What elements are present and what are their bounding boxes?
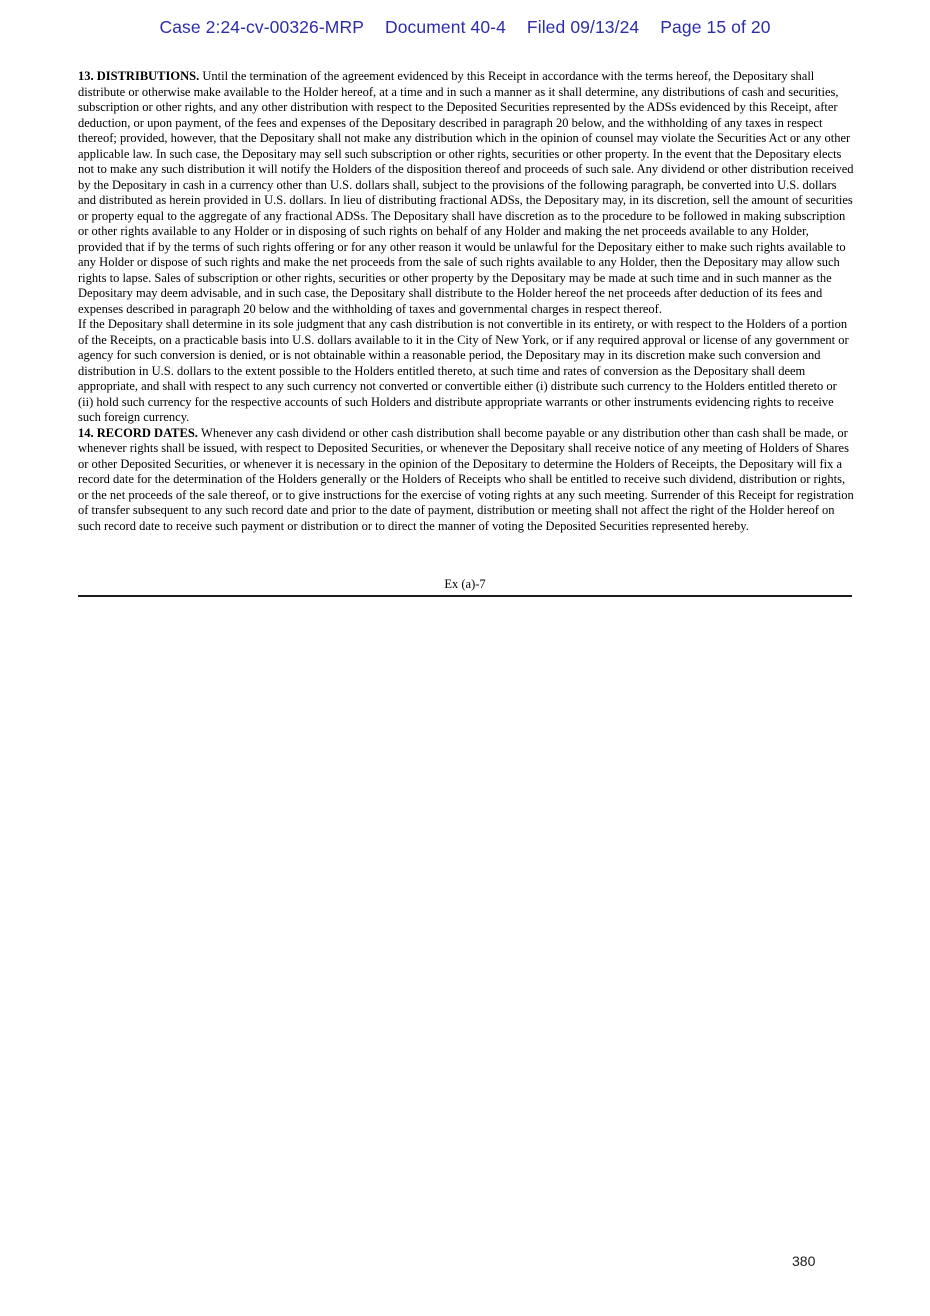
paragraph-distributions: 13. DISTRIBUTIONS.Until the termination …	[78, 69, 854, 317]
footer-divider	[78, 595, 852, 597]
page-number: 380	[792, 1253, 815, 1269]
document-page: Case 2:24-cv-00326-MRP Document 40-4 Fil…	[0, 0, 930, 1316]
paragraph-currency-conversion: If the Depositary shall determine in its…	[78, 317, 854, 426]
caption-filed-date: Filed 09/13/24	[527, 17, 639, 38]
paragraph-distributions-text: Until the termination of the agreement e…	[78, 69, 854, 316]
paragraph-record-dates-text: Whenever any cash dividend or other cash…	[78, 426, 854, 533]
paragraph-record-dates: 14. RECORD DATES.Whenever any cash divid…	[78, 426, 854, 535]
caption-document-number: Document 40-4	[385, 17, 506, 38]
case-caption: Case 2:24-cv-00326-MRP Document 40-4 Fil…	[0, 17, 930, 38]
exhibit-label: Ex (a)-7	[0, 577, 930, 592]
caption-case-number: Case 2:24-cv-00326-MRP	[159, 17, 364, 38]
paragraph-record-dates-heading: 14. RECORD DATES.	[78, 426, 201, 440]
paragraph-distributions-heading: 13. DISTRIBUTIONS.	[78, 69, 202, 83]
document-body: 13. DISTRIBUTIONS.Until the termination …	[78, 69, 854, 534]
caption-page-indicator: Page 15 of 20	[660, 17, 770, 38]
paragraph-currency-conversion-text: If the Depositary shall determine in its…	[78, 317, 849, 424]
